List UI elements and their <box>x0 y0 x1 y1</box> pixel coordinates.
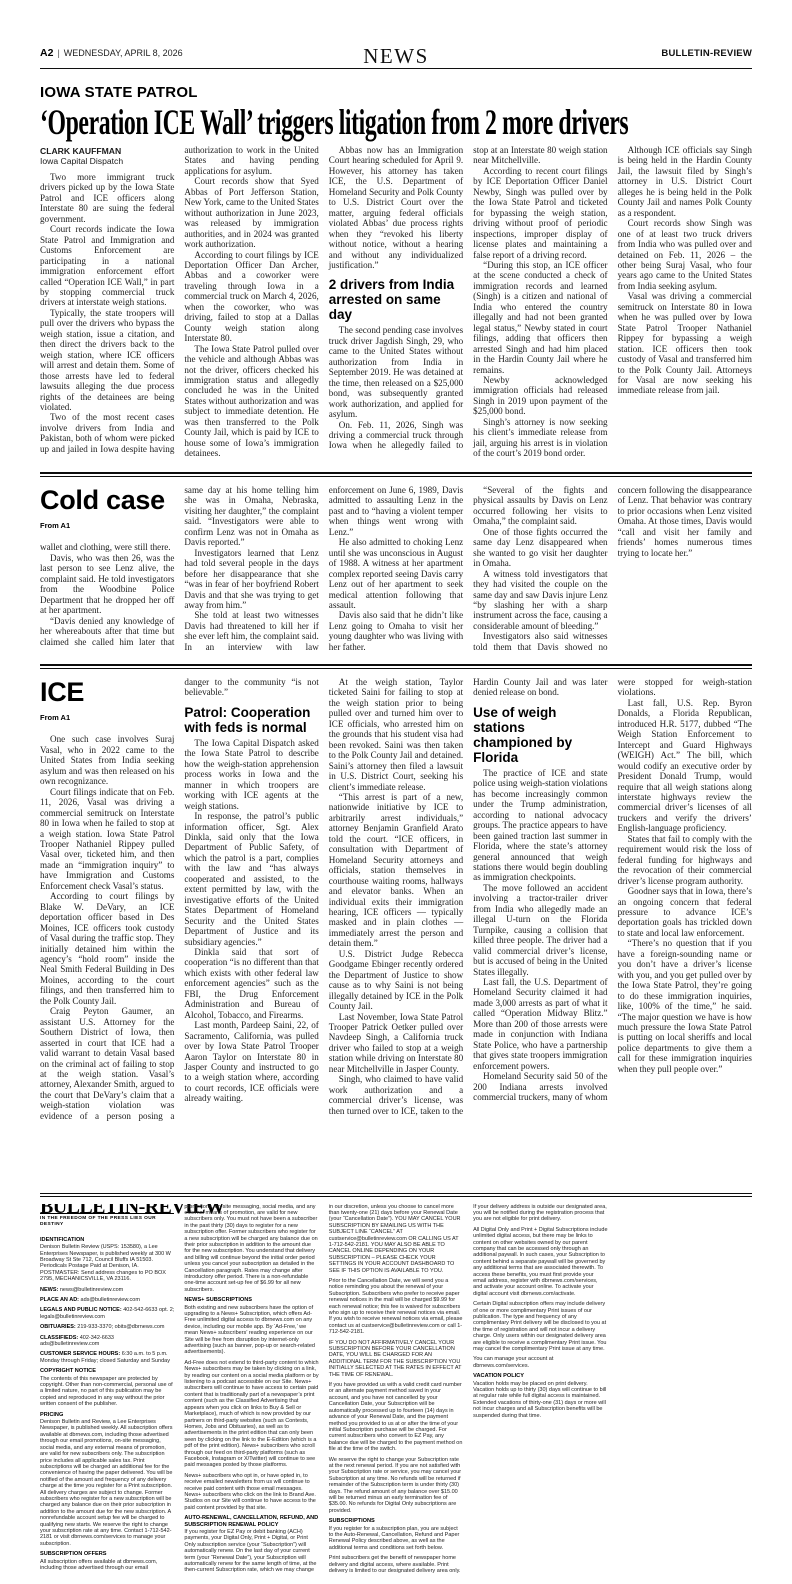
paragraph: CLASSIFIEDS: 402-342-6633 ads@bulletinre… <box>40 1335 174 1348</box>
paragraph: Court records show Singh was one of at l… <box>618 218 752 291</box>
paragraph: NEWS: news@bulletinreview.com <box>40 1287 174 1293</box>
subhead: NEWS+ SUBSCRIPTIONS <box>184 1297 318 1303</box>
section-divider <box>40 472 752 477</box>
paragraph: One such case involves Suraj Vasal, who … <box>40 734 174 786</box>
paragraph: Typically, the state troopers will pull … <box>40 308 174 413</box>
paragraph: wallet and clothing, were still there. <box>40 542 174 552</box>
lead-story-body: CLARK KAUFFMAN Iowa Capital Dispatch Two… <box>40 145 752 463</box>
byline-organization: Iowa Capital Dispatch <box>40 156 174 166</box>
paragraph: A witness told investigators that they h… <box>473 569 607 632</box>
paragraph: Davis, who was then 26, was the last per… <box>40 553 174 616</box>
paragraph: U.S. District Judge Rebecca Goodgame Ebi… <box>329 949 463 1012</box>
story-headline: ‘Operation ICE Wall’ triggers litigation… <box>40 104 745 145</box>
folio-block: A2|WEDNESDAY, APRIL 8, 2026 <box>40 47 183 59</box>
subhead: SUBSCRIPTION OFFERS <box>40 1551 174 1557</box>
paragraph: According to court filings by Blake W. D… <box>40 891 174 1006</box>
paragraph: The second pending case involves truck d… <box>329 325 463 419</box>
subhead: Patrol: Cooperation with feds is normal <box>184 705 318 735</box>
paragraph: If you have provided us with a valid cre… <box>329 1382 463 1452</box>
paragraph: “Several of the fights and physical assa… <box>473 485 607 527</box>
ice-title: ICE <box>40 679 174 706</box>
masthead-logo-block: BULLETIN-REVIEW IN THE FREEDOM OF THE PR… <box>40 1204 174 1229</box>
paragraph: IF YOU DO NOT AFFIRMATIVELY CANCEL YOUR … <box>329 1340 463 1378</box>
paragraph: OBITUARIES: 219-933-3370; obits@dbrnews.… <box>40 1324 174 1330</box>
paragraph: At the weigh station, Taylor ticketed Sa… <box>329 677 463 792</box>
masthead-body: BULLETIN-REVIEW IN THE FREEDOM OF THE PR… <box>40 1204 752 1576</box>
paragraph: Court records indicate the Iowa State Pa… <box>40 224 174 308</box>
masthead-logo: BULLETIN-REVIEW <box>40 1204 174 1214</box>
cold-case-title: Cold case <box>40 487 174 514</box>
paragraph: If you register for a subscription plan,… <box>329 1526 463 1552</box>
paragraph: Vacation holds may be placed on print de… <box>473 1381 607 1419</box>
masthead-tagline: IN THE FREEDOM OF THE PRESS LIES OUR DES… <box>40 1216 174 1229</box>
paragraph: Last fall, the U.S. Department of Homela… <box>473 977 607 1071</box>
paragraph: PLACE AN AD: ads@bulletinreview.com <box>40 1297 174 1303</box>
paragraph: Denison Bulletin Review (USPS: 153580), … <box>40 1244 174 1282</box>
subhead: COPYRIGHT NOTICE <box>40 1368 174 1374</box>
paragraph: The move followed an accident involving … <box>473 883 607 977</box>
paragraph: Abbas now has an Immigration Court heari… <box>329 145 463 270</box>
subhead: AUTO-RENEWAL, CANCELLATION, REFUND, AND … <box>184 1515 318 1528</box>
paragraph: Court records show that Syed Abbas of Po… <box>184 176 318 249</box>
paragraph: Last November, Iowa State Patrol Trooper… <box>329 1012 463 1075</box>
paragraph: “During this stop, an ICE officer at the… <box>473 260 607 375</box>
paragraph: LEGALS AND PUBLIC NOTICE: 402-542-6633 o… <box>40 1307 174 1320</box>
paragraph: We reserve the right to change your Subs… <box>329 1457 463 1515</box>
paragraph: Last month, Pardeep Saini, 22, of Sacram… <box>184 1020 318 1104</box>
paragraph: News+ subscribers who opt in, or have op… <box>184 1473 318 1511</box>
paragraph: Newby acknowledged immigration officials… <box>473 375 607 417</box>
paragraph: “There’s no question that if you have a … <box>618 938 752 1074</box>
paragraph: Vasal was driving a commercial semitruck… <box>618 291 752 396</box>
paragraph: CUSTOMER SERVICE HOURS: 6:30 a.m. to 5 p… <box>40 1351 174 1364</box>
headline-wrap: ‘Operation ICE Wall’ triggers litigation… <box>40 104 752 145</box>
continued-from-label: From A1 <box>40 521 174 531</box>
paragraph: Investigators learned that Lenz had told… <box>184 548 318 611</box>
cold-case-body: Cold case From A1 wallet and clothing, w… <box>40 485 752 655</box>
newspaper-page: A2|WEDNESDAY, APRIL 8, 2026 NEWS BULLETI… <box>0 0 792 1576</box>
paragraph: Singh’s attorney is now seeking his clie… <box>473 417 607 459</box>
paper-name: BULLETIN-REVIEW <box>661 48 752 59</box>
paragraph: According to court filings by ICE Deport… <box>184 250 318 344</box>
section-title: NEWS <box>363 44 429 69</box>
paragraph: Last fall, U.S. Rep. Byron Donalds, a Fl… <box>618 698 752 834</box>
paragraph: Certain Digital subscription offers may … <box>473 1301 607 1352</box>
paragraph: Prior to the Cancellation Date, we will … <box>329 1278 463 1336</box>
paragraph: You can manage your account at dbrnews.c… <box>473 1356 607 1369</box>
masthead-divider <box>40 1193 752 1197</box>
paragraph: The practice of ICE and state police usi… <box>473 768 607 883</box>
continued-from-label: From A1 <box>40 713 174 723</box>
lead-story: IOWA STATE PATROL ‘Operation ICE Wall’ t… <box>40 84 752 463</box>
paragraph: Ad-Free does not extend to third-party c… <box>184 1360 318 1469</box>
byline-name: CLARK KAUFFMAN <box>40 146 174 156</box>
paragraph: In response, the patrol’s public informa… <box>184 811 318 947</box>
paragraph: According to recent court filings by ICE… <box>473 166 607 260</box>
subhead: PRICING <box>40 1412 174 1418</box>
page-date: WEDNESDAY, APRIL 8, 2026 <box>64 48 183 58</box>
paragraph: Two more immigrant truck drivers picked … <box>40 172 174 224</box>
paragraph: Goodner says that in Iowa, there’s an on… <box>618 886 752 938</box>
byline: CLARK KAUFFMAN Iowa Capital Dispatch <box>40 146 174 166</box>
folio-separator: | <box>57 48 59 58</box>
ice-body: ICE From A1 One such case involves Suraj… <box>40 677 752 1123</box>
subhead: 2 drivers from India arrested on same da… <box>329 277 463 322</box>
paragraph: One of those fights occurred the same da… <box>473 527 607 569</box>
masthead-section: BULLETIN-REVIEW IN THE FREEDOM OF THE PR… <box>40 1193 752 1576</box>
subhead: IDENTIFICATION <box>40 1237 174 1243</box>
paragraph: Although ICE officials say Singh is bein… <box>618 145 752 218</box>
ice-heading: ICE From A1 <box>40 679 174 723</box>
paragraph: Dinkla said that sort of cooperation “is… <box>184 947 318 1020</box>
paragraph: Court filings indicate that on Feb. 11, … <box>40 787 174 892</box>
ice-section: ICE From A1 One such case involves Suraj… <box>40 677 752 1123</box>
paragraph: “This arrest is part of a new, nationwid… <box>329 792 463 949</box>
story-kicker: IOWA STATE PATROL <box>40 84 752 101</box>
paragraph: The Iowa State Patrol pulled over the ve… <box>184 344 318 459</box>
cold-case-section: Cold case From A1 wallet and clothing, w… <box>40 485 752 655</box>
paragraph: States that fail to comply with the requ… <box>618 834 752 886</box>
subhead: SUBSCRIPTIONS <box>329 1518 463 1524</box>
subhead: VACATION POLICY <box>473 1373 607 1379</box>
paragraph: The contents of this newspaper are prote… <box>40 1376 174 1408</box>
subhead: Use of weigh stations championed by Flor… <box>473 705 607 765</box>
section-divider <box>40 664 752 669</box>
paragraph: Both existing and new subscribers have t… <box>184 1305 318 1356</box>
paragraph: All Digital Only and Print + Digital Sub… <box>473 1227 607 1297</box>
page-header: A2|WEDNESDAY, APRIL 8, 2026 NEWS BULLETI… <box>40 44 752 69</box>
paragraph: Davis also said that he didn’t like Lenz… <box>329 610 463 652</box>
paragraph: The Iowa Capital Dispatch asked the Iowa… <box>184 738 318 811</box>
paragraph: He also admitted to choking Lenz until s… <box>329 537 463 610</box>
cold-case-heading: Cold case From A1 <box>40 487 174 531</box>
paragraph: Denison Bulletin and Review, a Lee Enter… <box>40 1419 174 1547</box>
page-folio: A2 <box>40 47 53 59</box>
